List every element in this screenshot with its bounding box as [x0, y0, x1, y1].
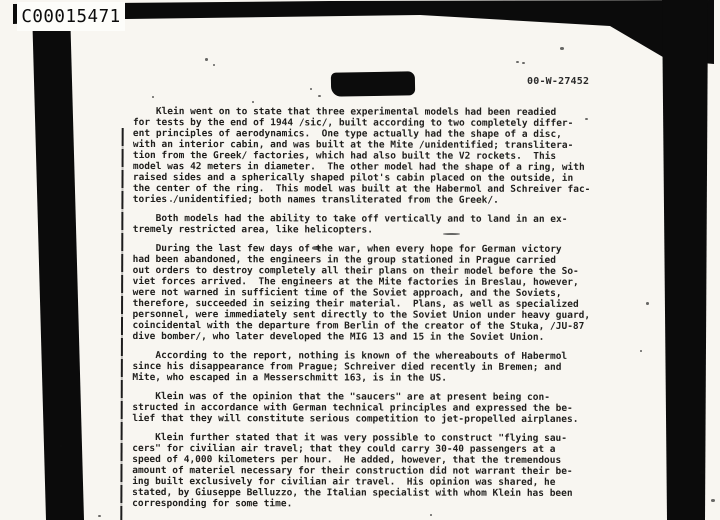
noise-speck: [252, 101, 254, 103]
noise-speck: [170, 200, 172, 202]
noise-speck: [60, 445, 62, 447]
doc-id-stamp: C00015471: [17, 2, 125, 31]
noise-speck: [430, 514, 432, 516]
noise-speck: [522, 62, 525, 64]
paragraph: Both models had the ability to take off …: [133, 213, 681, 236]
noise-speck: [98, 515, 101, 517]
noise-speck: [640, 350, 642, 352]
ref-number: 00-W-27452: [527, 76, 589, 87]
noise-speck: [711, 499, 715, 502]
left-border-bar: [32, 8, 84, 520]
noise-speck: [205, 58, 208, 61]
paragraph: Klein went on to state that three experi…: [133, 106, 681, 206]
noise-speck: [585, 118, 588, 120]
paragraph: Klein further stated that it was very po…: [132, 432, 680, 510]
noise-speck: [700, 470, 705, 474]
noise-speck: [152, 96, 154, 98]
noise-speck: [318, 95, 321, 97]
paragraph: According to the report, nothing is know…: [132, 350, 680, 384]
scanned-document-page: C00015471 00-W-27452 Klein went on to st…: [0, 0, 720, 520]
document-text: Klein went on to state that three experi…: [132, 106, 681, 518]
noise-speck: [646, 302, 649, 305]
noise-speck: [213, 64, 215, 66]
noise-speck: [560, 47, 564, 50]
doc-id-text: C00015471: [21, 7, 120, 27]
redaction-bar: [331, 71, 415, 96]
paragraph: Klein was of the opinion that the "sauce…: [132, 391, 680, 425]
noise-speck: [312, 246, 321, 250]
noise-speck: [443, 233, 460, 235]
paragraph: During the last few days of the war, whe…: [133, 243, 681, 343]
noise-speck: [516, 61, 519, 63]
noise-speck: [310, 88, 312, 90]
